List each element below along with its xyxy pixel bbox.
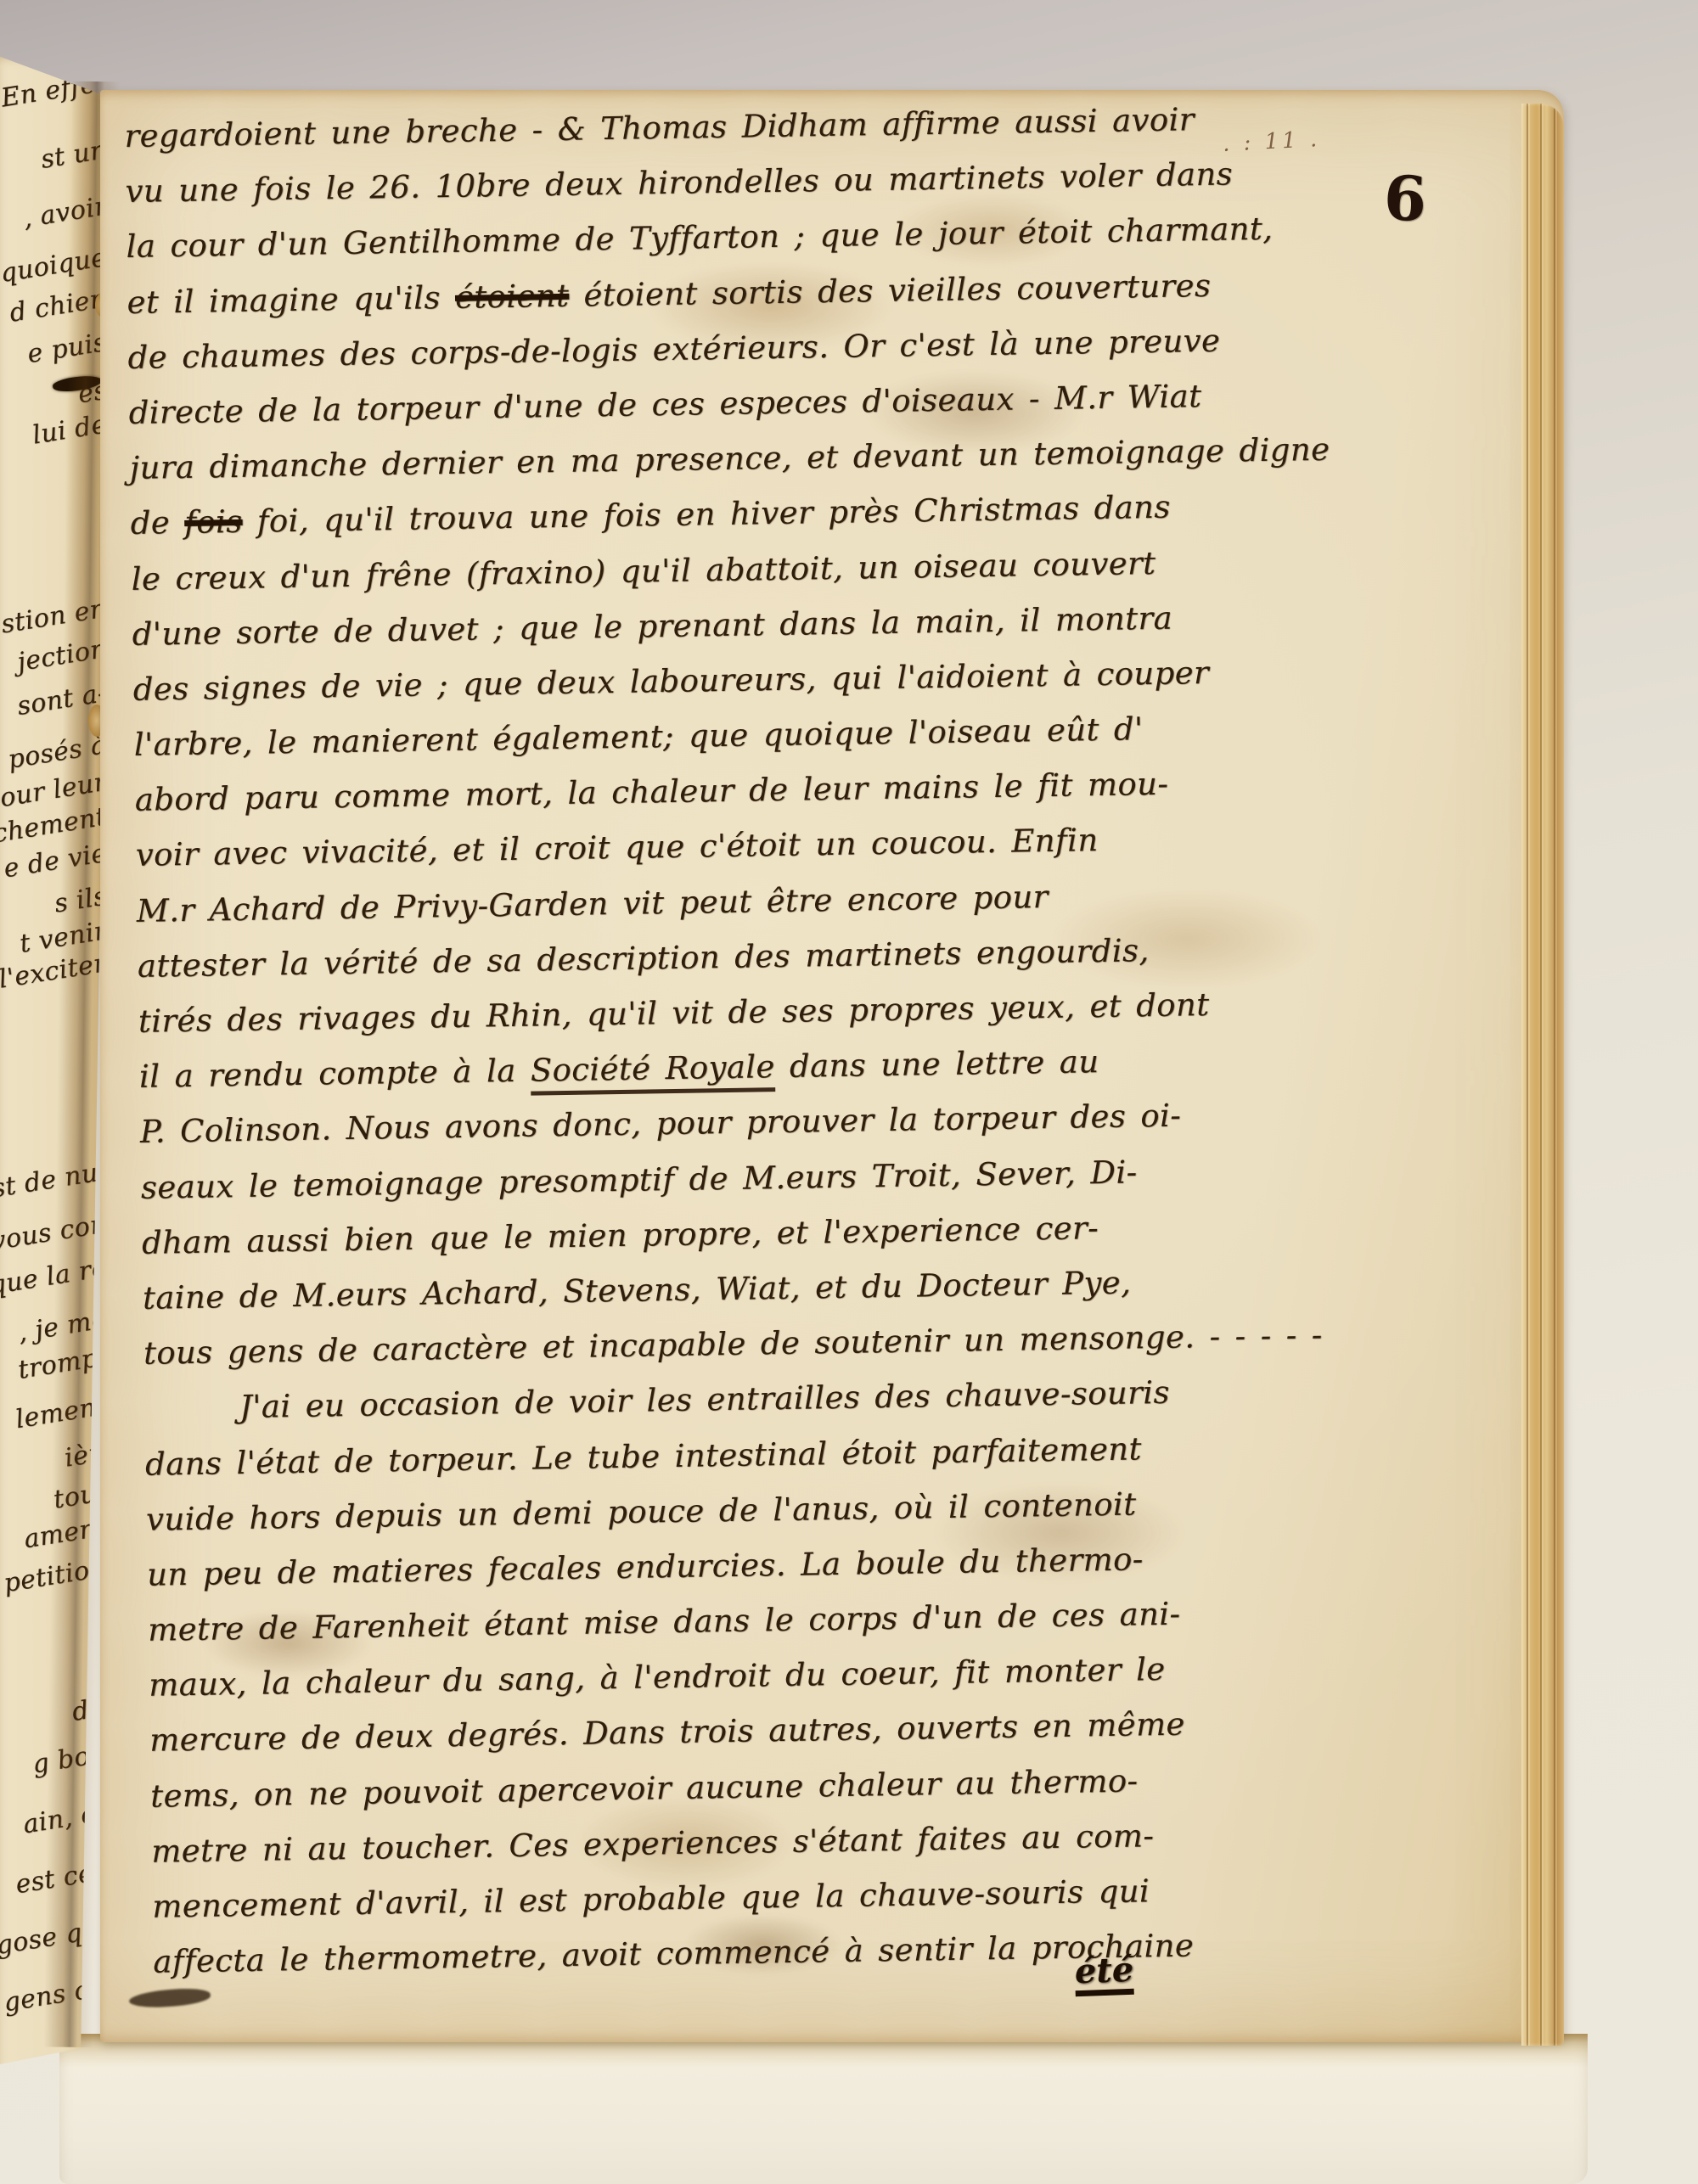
underlined-phrase: Société Royale — [530, 1048, 775, 1096]
manuscript-text: regardoient une breche - & Thomas Didham… — [124, 90, 1342, 1990]
text-segment: tous gens de caractère et incapable de s… — [143, 1317, 1323, 1372]
text-segment: il a rendu compte à la — [139, 1053, 531, 1095]
text-segment: des signes de vie ; que deux laboureurs,… — [132, 654, 1209, 708]
text-segment: vu une fois le 26. 10bre deux hirondelle… — [125, 156, 1233, 210]
page-number: 6 — [1383, 167, 1428, 230]
text-segment: maux, la chaleur du sang, à l'endroit du… — [149, 1651, 1166, 1704]
text-segment: foi, qu'il trouva une fois en hiver près… — [242, 489, 1171, 540]
text-segment: la cour d'un Gentilhomme de Tyffarton ; … — [126, 211, 1273, 265]
text-segment: metre de Farenheit étant mise dans le co… — [148, 1596, 1181, 1648]
text-segment: metre ni au toucher. Ces experiences s'é… — [151, 1817, 1155, 1870]
text-segment: un peu de matieres fecales endurcies. La… — [147, 1541, 1144, 1592]
catchword: été — [1074, 1953, 1134, 1996]
text-segment: attester la vérité de sa description des… — [138, 932, 1150, 985]
underlying-page-edge — [59, 2034, 1588, 2184]
text-segment: abord paru comme mort, la chaleur de leu… — [134, 766, 1168, 818]
manuscript-page: . : 11 . 6 regardoient une breche - & Th… — [100, 90, 1564, 2042]
text-segment: taine de M.eurs Achard, Stevens, Wiat, e… — [143, 1264, 1132, 1316]
text-segment: J'ai eu occasion de voir les entrailles … — [239, 1374, 1170, 1425]
struck-word: étoient — [455, 277, 570, 315]
text-segment: de chaumes des corps-de-logis extérieurs… — [127, 323, 1220, 376]
text-segment: de — [130, 504, 184, 542]
text-segment: l'arbre, le manierent également; que quo… — [133, 710, 1143, 763]
text-segment: mencement d'avril, il est probable que l… — [152, 1872, 1150, 1924]
text-segment: jura dimanche dernier en ma presence, et… — [129, 431, 1330, 486]
text-segment: M.r Achard de Privy-Garden vit peut être… — [137, 879, 1049, 929]
text-segment: seaux le temoignage presomptif de M.eurs… — [141, 1154, 1138, 1205]
photograph: En effetst un, avoir, quoiqued chiene pu… — [0, 0, 1698, 2184]
text-segment: dans l'état de torpeur. Le tube intestin… — [145, 1430, 1142, 1482]
text-segment: tirés des rivages du Rhin, qu'il vit de … — [138, 986, 1210, 1040]
text-segment: affecta le thermometre, avoit commencé à… — [153, 1928, 1195, 1980]
struck-word: fois — [184, 503, 243, 541]
text-segment: vuide hors depuis un demi pouce de l'anu… — [146, 1485, 1137, 1537]
text-segment: mercure de deux degrés. Dans trois autre… — [149, 1706, 1185, 1759]
text-segment: tems, on ne pouvoit apercevoir aucune ch… — [150, 1762, 1139, 1814]
text-segment: voir avec vivacité, et il croit que c'ét… — [135, 823, 1098, 874]
page-stack-edge — [1521, 104, 1564, 2046]
text-segment: dham aussi bien que le mien propre, et l… — [142, 1210, 1099, 1261]
text-segment: directe de la torpeur d'une de ces espec… — [128, 378, 1201, 431]
text-segment: dans une lettre au — [774, 1043, 1099, 1085]
text-segment: et il imagine qu'ils — [127, 278, 455, 320]
text-segment: regardoient une breche - & Thomas Didham… — [124, 101, 1195, 154]
text-segment: P. Colinson. Nous avons donc, pour prouv… — [140, 1098, 1182, 1150]
text-segment: étoient sortis des vieilles couvertures — [569, 267, 1212, 313]
text-segment: le creux d'un frêne (fraxino) qu'il abat… — [131, 544, 1155, 597]
ink-smudge — [128, 1986, 211, 2010]
text-segment: d'une sorte de duvet ; que le prenant da… — [132, 599, 1172, 652]
